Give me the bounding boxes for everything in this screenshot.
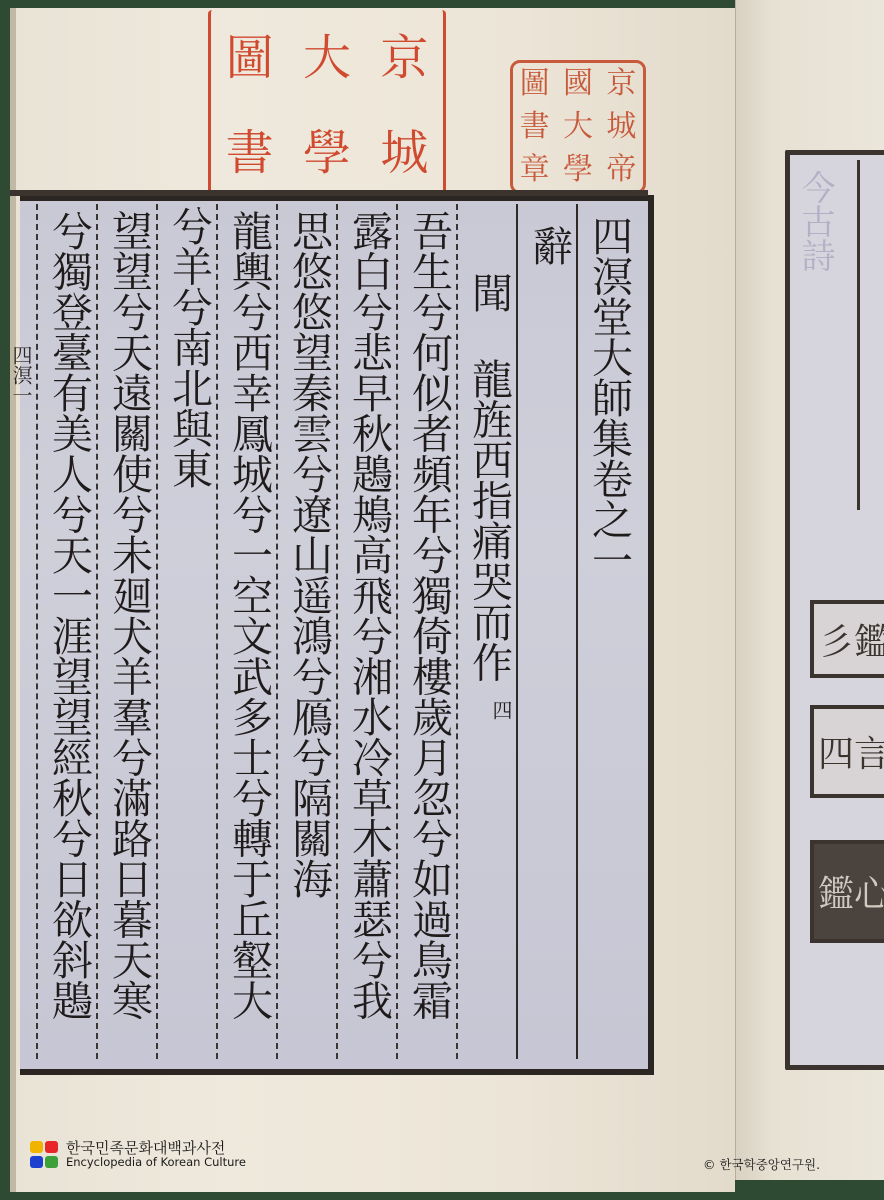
- seal-glyph: 學: [556, 155, 599, 185]
- text-column-7: 兮獨登臺有美人兮天一涯望望經秋兮日欲斜鶗: [40, 210, 98, 1050]
- seal-glyph: 圖: [513, 69, 556, 99]
- volume-title: 四溟堂大師集卷之一: [580, 215, 638, 1055]
- text-column-4: 龍輿兮西幸鳳城兮一空文武多士兮轉于丘壑大: [220, 210, 278, 1050]
- logo-title-korean: 한국민족문화대백과사전: [66, 1140, 246, 1156]
- seal-glyph: 大: [556, 112, 599, 142]
- subtitle-text: 龍旌西指痛哭而作: [460, 358, 518, 698]
- text-column-3: 思悠悠望秦雲兮遼山遥鴻兮鴈兮隔關海: [280, 210, 338, 1050]
- seal-glyph: 國: [556, 69, 599, 99]
- seal-glyph: 城: [366, 129, 443, 177]
- section-heading: 辭: [520, 225, 578, 1065]
- seal-glyph: 書: [513, 112, 556, 142]
- copyright-notice: © 한국학중앙연구원.: [703, 1155, 820, 1173]
- subtitle-prefix: 聞: [460, 272, 518, 332]
- right-page-seal: 四言: [810, 705, 884, 798]
- seal-glyph: 城: [600, 112, 643, 142]
- seal-glyph: 帝: [600, 155, 643, 185]
- logo-title-english: Encyclopedia of Korean Culture: [66, 1156, 246, 1169]
- library-seal-small: 圖 國 京 書 大 城 章 學 帝: [510, 60, 646, 194]
- seal-glyph: 章: [513, 155, 556, 185]
- subtitle-note: 四: [472, 700, 530, 730]
- seal-glyph: 京: [600, 69, 643, 99]
- library-seal-large: 圖 大 京 書 學 城: [208, 10, 446, 203]
- margin-label: 四溟一: [14, 345, 36, 405]
- text-column-5: 兮羊兮南北與東: [160, 205, 218, 1045]
- encyclopedia-logo-icon: [30, 1141, 60, 1169]
- right-page-ghost-text: 今古詩: [800, 170, 840, 272]
- column-rule: [36, 204, 39, 1059]
- seal-glyph: 書: [211, 129, 288, 177]
- right-page-seal: 鑑心: [810, 840, 884, 943]
- right-page-seal: 彡鑑: [810, 600, 884, 678]
- text-column-6: 望望兮天遠關使兮未廻犬羊羣兮滿路日暮天寒: [100, 210, 158, 1050]
- seal-glyph: 京: [366, 34, 443, 82]
- encyclopedia-logo[interactable]: 한국민족문화대백과사전 Encyclopedia of Korean Cultu…: [30, 1140, 246, 1169]
- seal-glyph: 圖: [211, 34, 288, 82]
- text-column-1: 吾生兮何似者頻年兮獨倚樓歲月忽兮如過鳥霜: [400, 210, 458, 1050]
- seal-glyph: 大: [288, 34, 365, 82]
- frame-top-border: [10, 190, 648, 196]
- text-column-2: 露白兮悲早秋鶗鴂高飛兮湘水冷草木蕭瑟兮我: [340, 210, 398, 1050]
- seal-glyph: 學: [288, 129, 365, 177]
- right-page-rule: [857, 160, 860, 510]
